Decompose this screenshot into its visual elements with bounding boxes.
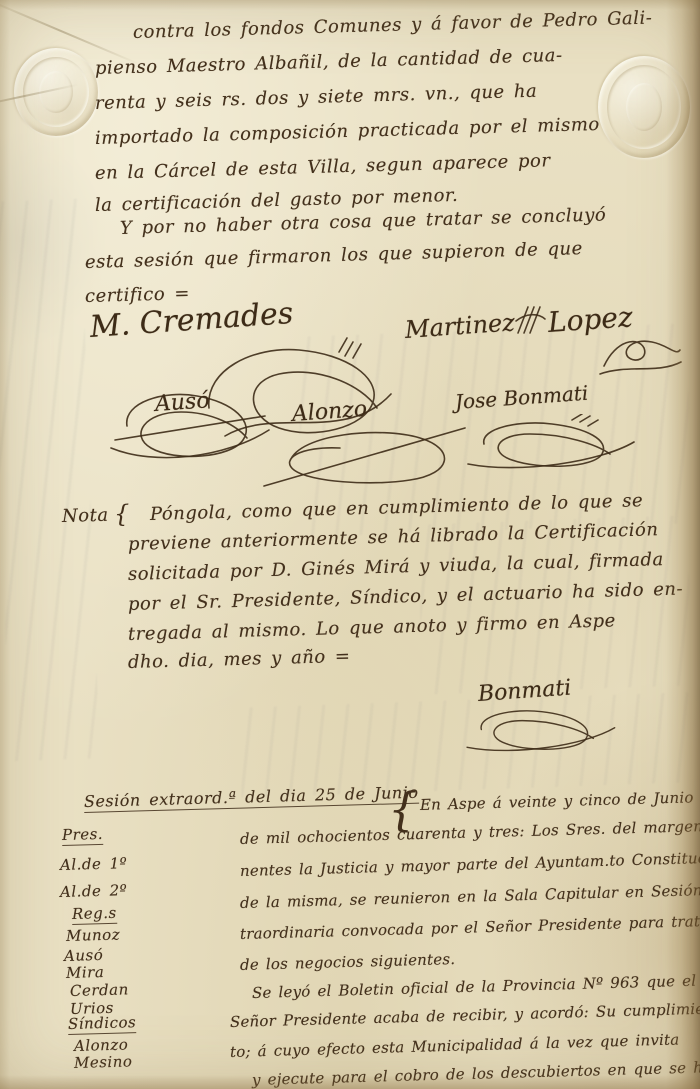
page-edge-shadow-top (0, 0, 700, 10)
signature-flourish-bonmati-nota (460, 702, 620, 757)
margin-item-alcalde-2: Al.de 2º (60, 881, 128, 901)
bleed-through (0, 199, 100, 762)
nota-brace: { (114, 500, 129, 528)
manuscript-line: dho. dia, mes y año = (128, 646, 351, 673)
manuscript-line: importado la composición practicada por … (95, 114, 600, 149)
signature-flourish-auso (105, 378, 275, 468)
manuscript-line: en la Cárcel de esta Villa, segun aparec… (95, 150, 551, 184)
margin-item-pres: Pres. (62, 825, 104, 846)
signature-flourish-martinez (512, 303, 548, 337)
manuscript-line: pienso Maestro Albañil, de la cantidad d… (95, 45, 563, 79)
manuscript-line: esta sesión que firmaron los que supiero… (85, 238, 583, 273)
manuscript-line: En Aspe á veinte y cinco de Junio (420, 788, 694, 814)
manuscript-line: contra los fondos Comunes y á favor de P… (133, 7, 653, 42)
manuscript-line: renta y seis rs. dos y siete mrs. vn., q… (95, 81, 538, 114)
manuscript-line: traordinaria convocada por el Señor Pres… (240, 912, 700, 943)
manuscript-page: contra los fondos Comunes y á favor de P… (0, 0, 700, 1089)
embossed-seal-left (14, 48, 98, 136)
nota-label: Nota (62, 505, 109, 527)
margin-item-mira: Mira (66, 963, 105, 982)
margin-item-mesino: Mesino (74, 1052, 133, 1072)
margin-item-sindicos: Síndicos (68, 1013, 137, 1035)
margin-item-regidores: Reg.s (72, 904, 117, 925)
margin-item-munoz: Munoz (66, 925, 121, 945)
page-edge-shadow-bottom (0, 1075, 700, 1089)
margin-item-cerdan: Cerdan (70, 980, 129, 1000)
manuscript-line: Señor Presidente acaba de recibir, y aco… (230, 999, 700, 1031)
manuscript-line: de los negocios siguientes. (240, 950, 456, 974)
page-edge-shadow-left (0, 0, 10, 1089)
margin-item-alcalde-1: Al.de 1º (60, 854, 128, 874)
manuscript-line: nentes la Justicia y mayor parte del Ayu… (240, 848, 700, 880)
signature-flourish-alonzo (260, 416, 470, 491)
session-heading: Sesión extraord.ª del dia 25 de Junio (84, 783, 419, 813)
manuscript-line: de la misma, se reunieron en la Sala Cap… (240, 880, 700, 912)
manuscript-line: to; á cuyo efecto esta Municipalidad á l… (230, 1030, 680, 1061)
signature-flourish-bonmati (460, 414, 640, 474)
manuscript-line: de mil ochocientos cuarenta y tres: Los … (240, 815, 700, 848)
manuscript-line: Se leyó el Boletin oficial de la Provinc… (252, 972, 697, 1002)
page-edge-shadow-right (666, 0, 700, 1089)
